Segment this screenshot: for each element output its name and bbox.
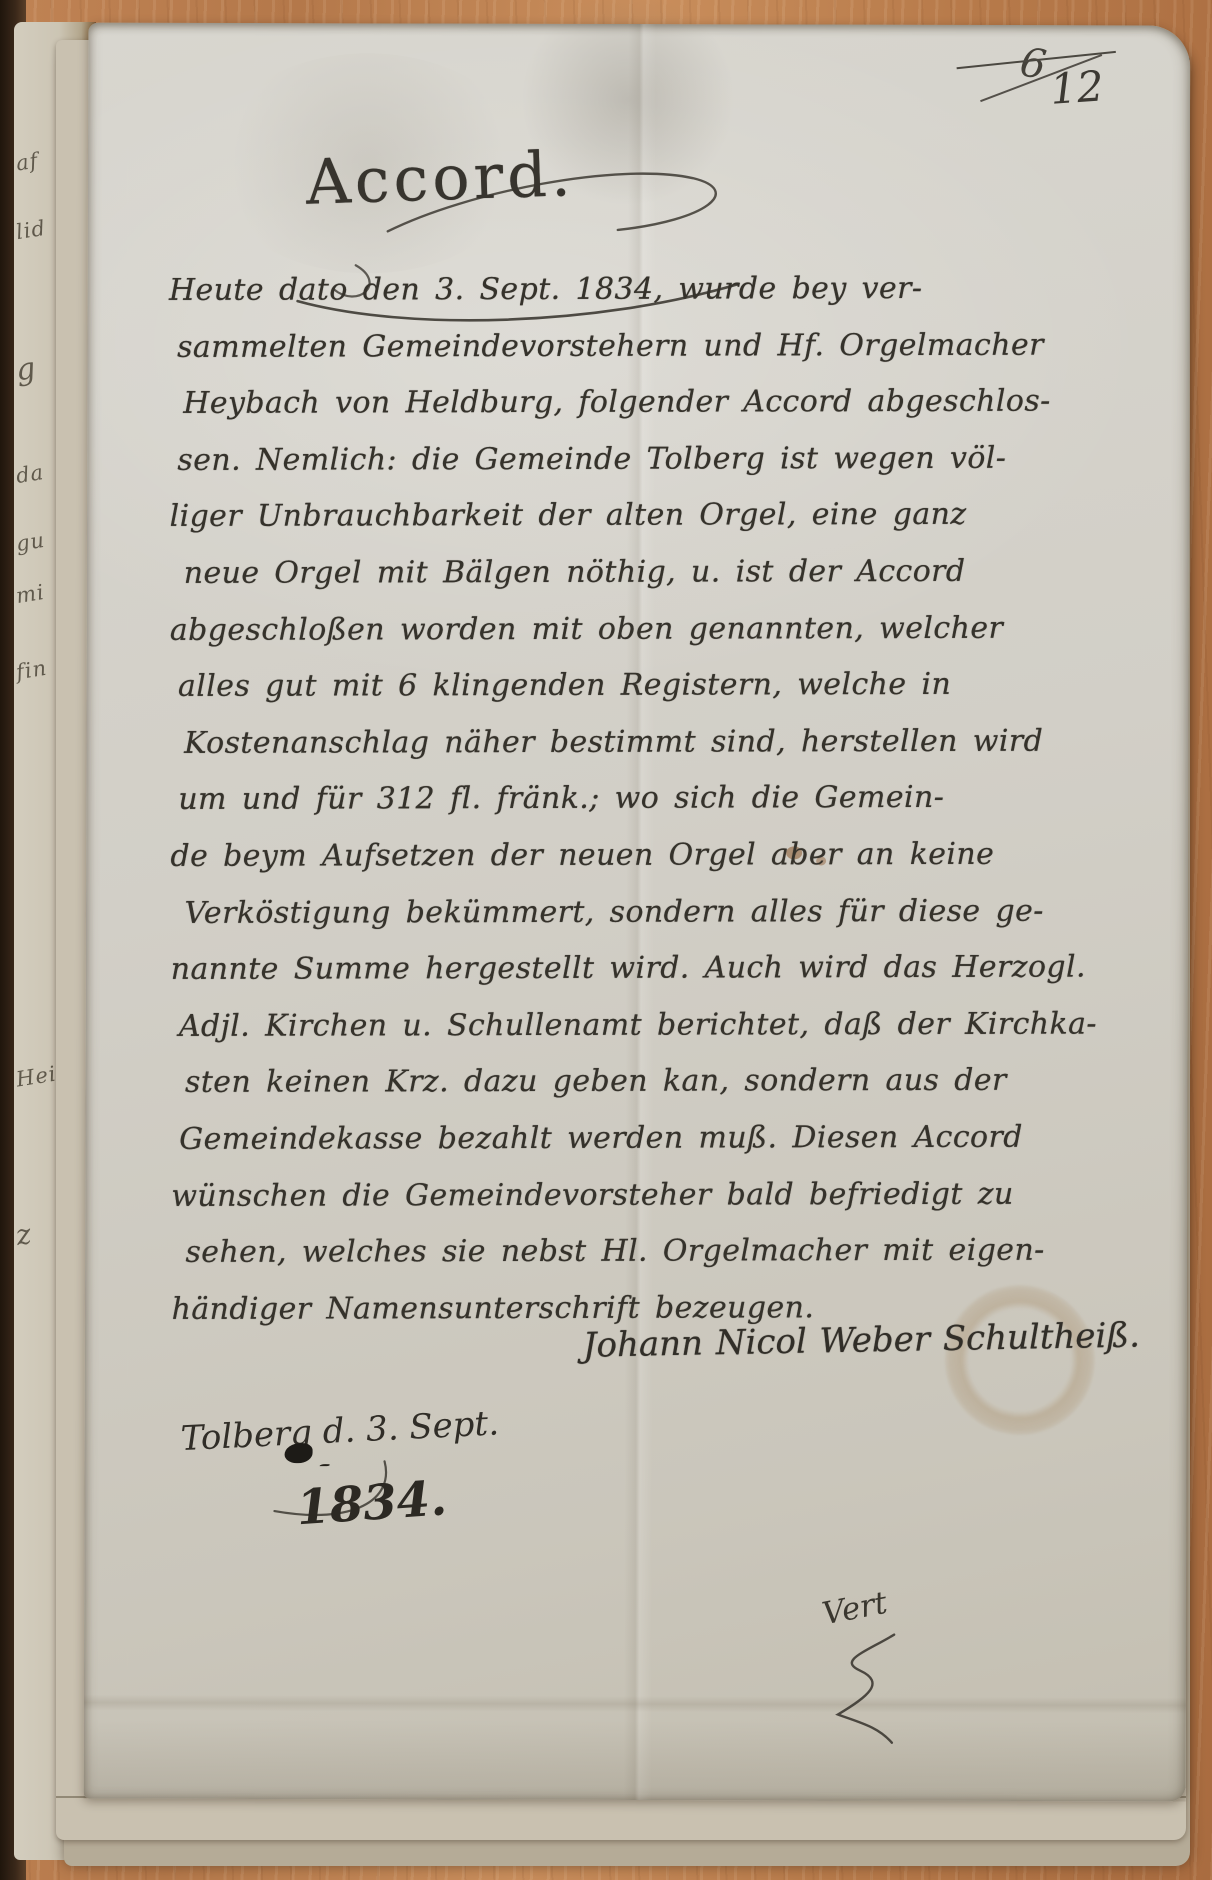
body-line: Kostenanschlag näher bestimmt sind, hers…	[184, 714, 990, 773]
body-line: alles gut mit 6 klingenden Registern, we…	[178, 657, 990, 716]
margin-fragment: af	[14, 148, 40, 175]
body-line: Adjl. Kirchen u. Schullenamt berichtet, …	[179, 996, 991, 1055]
page-bottom-shadow	[84, 1719, 1186, 1802]
margin-fragment: gu	[14, 528, 46, 556]
turn-note-flourish	[808, 1630, 918, 1754]
body-line: nannte Summe hergestellt wird. Auch wird…	[171, 940, 991, 999]
body-line: Heybach von Heldburg, folgender Accord a…	[183, 374, 989, 433]
dateline-year: 1834.	[295, 1470, 449, 1536]
margin-fragment: mi	[14, 580, 46, 608]
body-line: sen. Nemlich: die Gemeinde Tolberg ist w…	[177, 431, 989, 490]
margin-fragment: lid	[14, 216, 47, 244]
body-line: sammelten Gemeindevorstehern und Hf. Org…	[177, 317, 989, 376]
body-line: sten keinen Krz. dazu geben kan, sondern…	[185, 1053, 991, 1112]
body-line: Gemeindekasse bezahlt werden muß. Diesen…	[179, 1110, 991, 1169]
body-line: neue Orgel mit Bälgen nöthig, u. ist der…	[184, 544, 990, 603]
margin-fragment: g	[14, 351, 39, 389]
dateline-place: Tolberg d. 3. Sept.	[180, 1403, 500, 1459]
horizontal-fold-crease	[84, 1695, 1186, 1714]
body-line: Verköstigung bekümmert, sondern alles fü…	[185, 883, 991, 942]
body-line: abgeschloßen worden mit oben genannten, …	[170, 600, 990, 659]
photo-of-manuscript: af lid g da gu mi fin Heil z 6 12	[0, 0, 1212, 1880]
document-body: Heute dato den 3. Sept. 1834, wurde bey …	[169, 261, 992, 1338]
margin-fragment: da	[14, 460, 45, 488]
page-number: 12	[1049, 61, 1106, 113]
body-line: Heute dato den 3. Sept. 1834, wurde bey …	[169, 261, 989, 320]
body-line: de beym Aufsetzen der neuen Orgel aber a…	[170, 827, 990, 886]
manuscript-page: 6 12 Accord. Heute dato den 3. Sept. 183…	[84, 23, 1191, 1802]
margin-fragment: fin	[14, 656, 48, 685]
turn-over-note: Vert	[819, 1585, 890, 1633]
margin-fragment: z	[14, 1217, 34, 1252]
body-line: sehen, welches sie nebst Hl. Orgelmacher…	[185, 1223, 991, 1282]
body-line: liger Unbrauchbarkeit der alten Orgel, e…	[169, 487, 989, 546]
body-line: um und für 312 fl. fränk.; wo sich die G…	[178, 770, 990, 829]
document-title: Accord.	[305, 137, 576, 219]
body-line: wünschen die Gemeindevorsteher bald befr…	[171, 1166, 991, 1225]
